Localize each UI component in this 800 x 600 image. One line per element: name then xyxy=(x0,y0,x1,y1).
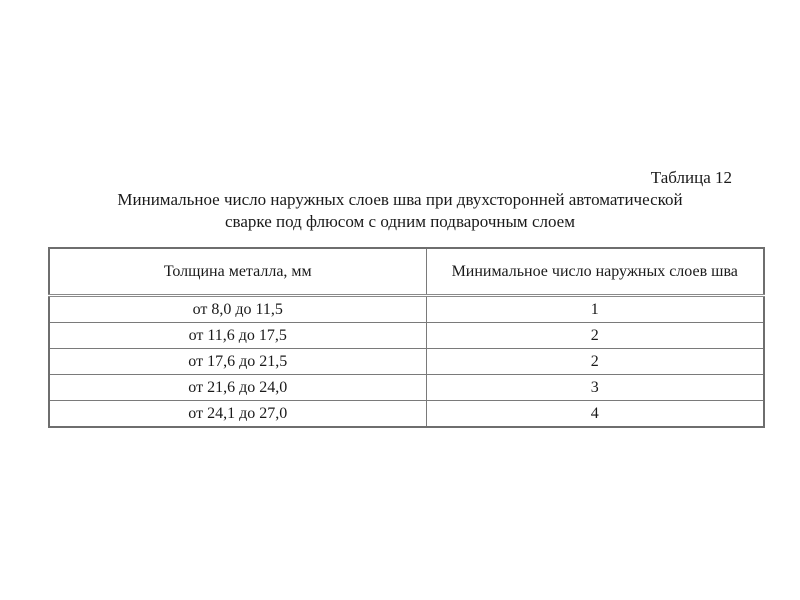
cell-layers: 3 xyxy=(426,375,764,401)
header-row: Толщина металла, мм Минимальное число на… xyxy=(49,248,764,296)
table-row: от 17,6 до 21,5 2 xyxy=(49,349,764,375)
cell-thickness: от 24,1 до 27,0 xyxy=(49,401,426,428)
cell-thickness: от 17,6 до 21,5 xyxy=(49,349,426,375)
cell-thickness: от 11,6 до 17,5 xyxy=(49,323,426,349)
header-min-outer-layers: Минимальное число наружных слоев шва xyxy=(426,248,764,296)
cell-thickness: от 21,6 до 24,0 xyxy=(49,375,426,401)
cell-thickness: от 8,0 до 11,5 xyxy=(49,296,426,323)
table-number: Таблица 12 xyxy=(651,168,732,188)
cell-layers: 4 xyxy=(426,401,764,428)
cell-layers: 1 xyxy=(426,296,764,323)
header-metal-thickness: Толщина металла, мм xyxy=(49,248,426,296)
caption-line-1: Минимальное число наружных слоев шва при… xyxy=(50,189,750,211)
cell-layers: 2 xyxy=(426,323,764,349)
table-row: от 21,6 до 24,0 3 xyxy=(49,375,764,401)
cell-layers: 2 xyxy=(426,349,764,375)
table-row: от 8,0 до 11,5 1 xyxy=(49,296,764,323)
table-body: от 8,0 до 11,5 1 от 11,6 до 17,5 2 от 17… xyxy=(49,296,764,428)
table-header: Толщина металла, мм Минимальное число на… xyxy=(49,248,764,296)
table-caption: Минимальное число наружных слоев шва при… xyxy=(50,189,750,233)
data-table: Толщина металла, мм Минимальное число на… xyxy=(48,247,765,428)
table-row: от 11,6 до 17,5 2 xyxy=(49,323,764,349)
table-row: от 24,1 до 27,0 4 xyxy=(49,401,764,428)
caption-line-2: сварке под флюсом с одним подварочным сл… xyxy=(50,211,750,233)
